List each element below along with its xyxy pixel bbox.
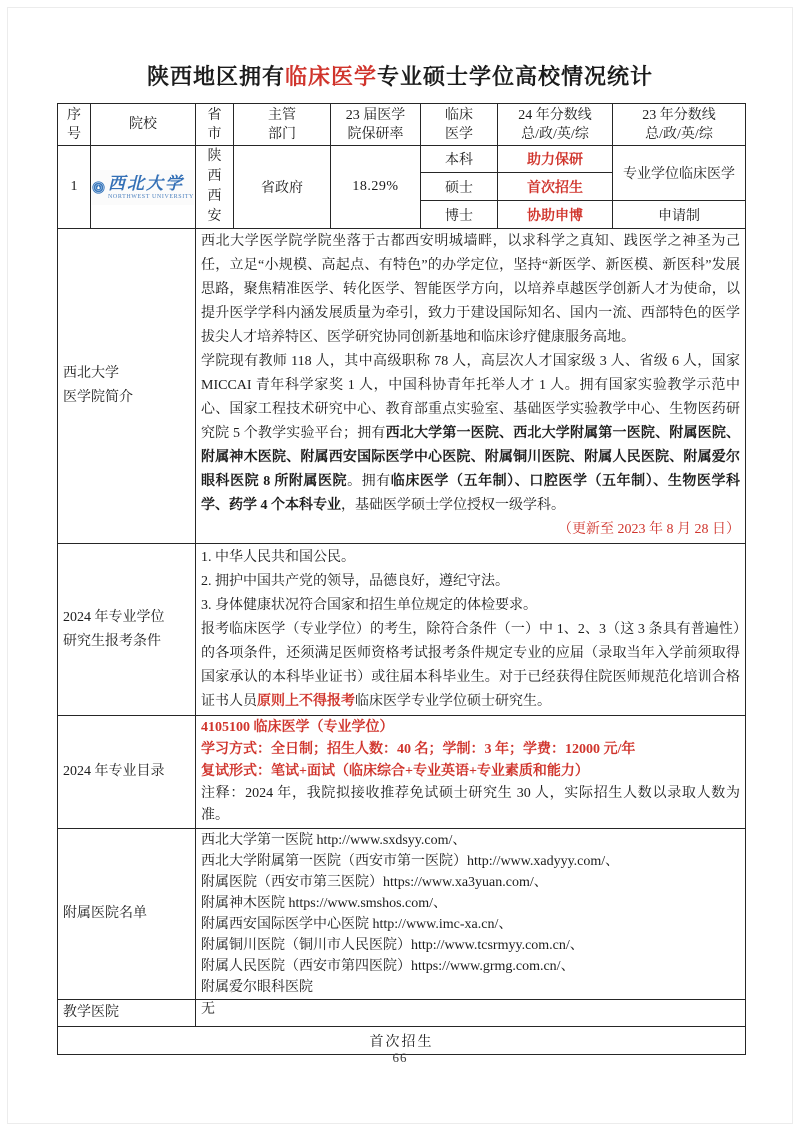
hospitals-content: 西北大学第一医院 http://www.sxdsyy.com/、 西北大学附属第… bbox=[196, 829, 746, 1000]
header-score-23: 23 年分数线 总/政/英/综 bbox=[613, 104, 746, 146]
hospital-item: 附属医院（西安市第三医院）https://www.xa3yuan.com/、 bbox=[201, 872, 740, 893]
header-school: 院校 bbox=[91, 104, 196, 146]
hospital-item: 附属爱尔眼科医院 bbox=[201, 977, 740, 998]
conditions-label: 2024 年专业学位 研究生报考条件 bbox=[58, 544, 196, 716]
intro-label: 西北大学 医学院简介 bbox=[58, 229, 196, 544]
teaching-hospital-row: 教学医院 无 bbox=[58, 1000, 746, 1027]
university-info-table: 序号 院校 省市 主管 部门 23 届医学 院保研率 临床 医学 24 年分数线… bbox=[57, 103, 746, 1055]
condition-para-run2: 临床医学专业学位硕士研究生。 bbox=[355, 694, 551, 709]
university-authority: 省政府 bbox=[234, 146, 331, 229]
level-status-masters: 首次招生 bbox=[498, 173, 613, 201]
intro-para2-run2: 。拥有 bbox=[347, 474, 391, 489]
hospital-item: 西北大学附属第一医院（西安市第一医院）http://www.xadyyy.com… bbox=[201, 851, 740, 872]
level-label-bachelor: 本科 bbox=[421, 146, 498, 173]
hospitals-label: 附属医院名单 bbox=[58, 829, 196, 1000]
directory-label: 2024 年专业目录 bbox=[58, 716, 196, 829]
score-note-doctor: 申请制 bbox=[613, 201, 746, 229]
nwu-logo: 西北大学 NORTHWEST UNIVERSITY bbox=[92, 170, 194, 205]
intro-paragraph-1: 西北大学医学院学院坐落于古都西安明城墙畔，以求科学之真知、践医学之神圣为己任，立… bbox=[201, 230, 740, 350]
university-index: 1 bbox=[58, 146, 91, 229]
nwu-seal-icon bbox=[92, 171, 105, 204]
hospital-item: 附属铜川医院（铜川市人民医院）http://www.tcsrmyy.com.cn… bbox=[201, 935, 740, 956]
nwu-logo-text: 西北大学 NORTHWEST UNIVERSITY bbox=[108, 175, 194, 200]
directory-study-info: 学习方式：全日制；招生人数：40 名；学制：3 年；学费：12000 元/年 bbox=[201, 739, 740, 761]
level-label-masters: 硕士 bbox=[421, 173, 498, 201]
university-row-bachelor: 1 西北大学 NORTHWEST UNIVERSITY 陕西 西安 省政府 18… bbox=[58, 146, 746, 173]
intro-content: 西北大学医学院学院坐落于古都西安明城墙畔，以求科学之真知、践医学之神圣为己任，立… bbox=[196, 229, 746, 544]
nwu-logo-en: NORTHWEST UNIVERSITY bbox=[108, 194, 194, 200]
hospitals-row: 附属医院名单 西北大学第一医院 http://www.sxdsyy.com/、 … bbox=[58, 829, 746, 1000]
level-status-doctor: 协助申博 bbox=[498, 201, 613, 229]
header-score-24: 24 年分数线 总/政/英/综 bbox=[498, 104, 613, 146]
header-clinical: 临床 医学 bbox=[421, 104, 498, 146]
hospital-item: 附属神木医院 https://www.smshos.com/、 bbox=[201, 893, 740, 914]
directory-note: 注释：2024 年，我院拟接收推荐免试硕士研究生 30 人，实际招生人数以录取人… bbox=[201, 783, 740, 827]
level-status-bachelor: 助力保研 bbox=[498, 146, 613, 173]
table-header-row: 序号 院校 省市 主管 部门 23 届医学 院保研率 临床 医学 24 年分数线… bbox=[58, 104, 746, 146]
nwu-logo-cn: 西北大学 bbox=[108, 175, 194, 192]
header-authority: 主管 部门 bbox=[234, 104, 331, 146]
condition-item-3: 3. 身体健康状况符合国家和招生单位规定的体检要求。 bbox=[201, 594, 740, 618]
page-title: 陕西地区拥有临床医学专业硕士学位高校情况统计 bbox=[0, 60, 800, 91]
university-rate: 18.29% bbox=[331, 146, 421, 229]
score-note-masters: 专业学位临床医学 bbox=[613, 146, 746, 201]
title-pre: 陕西地区拥有 bbox=[147, 64, 285, 89]
intro-row: 西北大学 医学院简介 西北大学医学院学院坐落于古都西安明城墙畔，以求科学之真知、… bbox=[58, 229, 746, 544]
hospital-item: 附属西安国际医学中心医院 http://www.imc-xa.cn/、 bbox=[201, 914, 740, 935]
header-index: 序号 bbox=[58, 104, 91, 146]
level-label-doctor: 博士 bbox=[421, 201, 498, 229]
hospital-item: 西北大学第一医院 http://www.sxdsyy.com/、 bbox=[201, 830, 740, 851]
intro-paragraph-2: 学院现有教师 118 人，其中高级职称 78 人，高层次人才国家级 3 人、省级… bbox=[201, 350, 740, 518]
university-logo-cell: 西北大学 NORTHWEST UNIVERSITY bbox=[91, 146, 196, 229]
conditions-row: 2024 年专业学位 研究生报考条件 1. 中华人民共和国公民。 2. 拥护中国… bbox=[58, 544, 746, 716]
condition-item-2: 2. 拥护中国共产党的领导，品德良好，遵纪守法。 bbox=[201, 570, 740, 594]
page-number: 66 bbox=[0, 1050, 800, 1066]
teaching-hospital-label: 教学医院 bbox=[58, 1000, 196, 1027]
intro-para1-text: 西北大学医学院学院坐落于古都西安明城墙畔，以求科学之真知、践医学之神圣为己任，立… bbox=[201, 234, 740, 345]
update-note: （更新至 2023 年 8 月 28 日） bbox=[558, 518, 740, 542]
directory-content: 4105100 临床医学（专业学位） 学习方式：全日制；招生人数：40 名；学制… bbox=[196, 716, 746, 829]
header-rate: 23 届医学 院保研率 bbox=[331, 104, 421, 146]
directory-exam-format: 复试形式：笔试+面试（临床综合+专业英语+专业素质和能力） bbox=[201, 761, 740, 783]
conditions-content: 1. 中华人民共和国公民。 2. 拥护中国共产党的领导，品德良好，遵纪守法。 3… bbox=[196, 544, 746, 716]
directory-row: 2024 年专业目录 4105100 临床医学（专业学位） 学习方式：全日制；招… bbox=[58, 716, 746, 829]
directory-program-code: 4105100 临床医学（专业学位） bbox=[201, 717, 740, 739]
title-highlight: 临床医学 bbox=[285, 64, 377, 89]
teaching-hospital-value: 无 bbox=[196, 1000, 746, 1027]
hospital-item: 附属人民医院（西安市第四医院）https://www.grmg.com.cn/、 bbox=[201, 956, 740, 977]
intro-para2-run4: ，基础医学硕士学位授权一级学科。 bbox=[341, 498, 565, 513]
header-province: 省市 bbox=[196, 104, 234, 146]
title-post: 专业硕士学位高校情况统计 bbox=[377, 64, 653, 89]
university-province: 陕西 西安 bbox=[196, 146, 234, 229]
condition-restriction-highlight: 原则上不得报考 bbox=[257, 694, 355, 709]
condition-item-1: 1. 中华人民共和国公民。 bbox=[201, 546, 740, 570]
condition-paragraph: 报考临床医学（专业学位）的考生，除符合条件（一）中 1、2、3（这 3 条具有普… bbox=[201, 618, 740, 714]
